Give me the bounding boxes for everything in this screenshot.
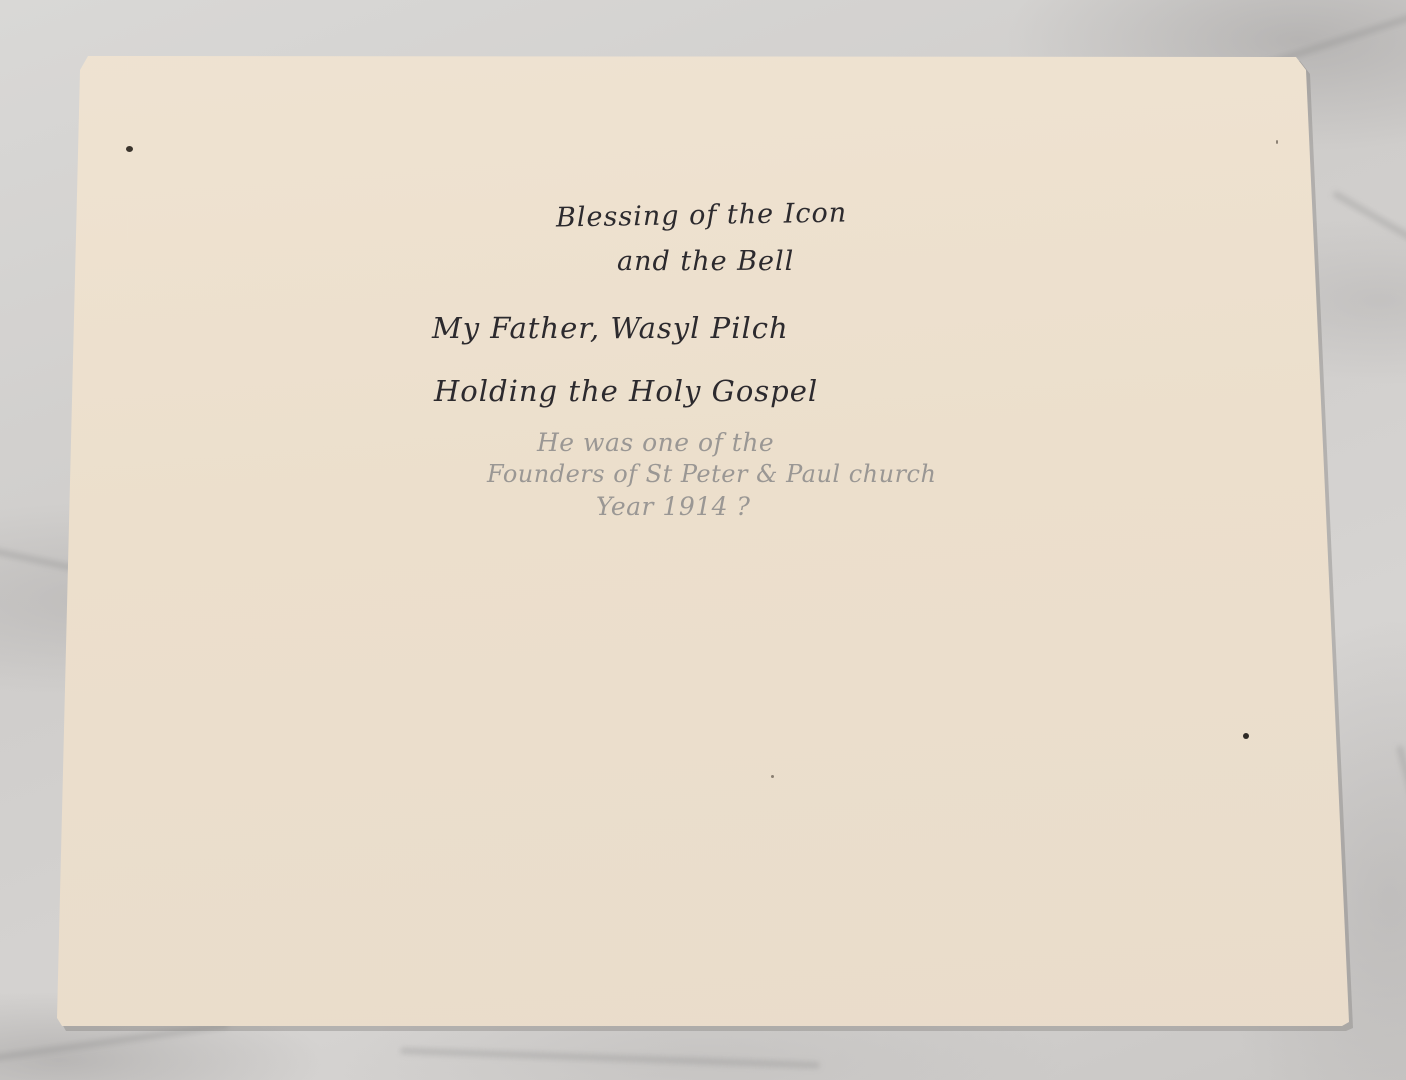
marble-vein bbox=[1396, 745, 1406, 901]
photo-back-paper bbox=[0, 0, 1406, 1080]
speck bbox=[1276, 140, 1278, 144]
speck bbox=[771, 775, 774, 778]
marble-vein bbox=[400, 1048, 820, 1069]
inscription-line-subtitle: and the Bell bbox=[617, 246, 794, 277]
marble-vein bbox=[1332, 190, 1406, 295]
pencil-note-line-3: Year 1914 ? bbox=[596, 492, 750, 521]
inscription-line-title: Blessing of the Icon bbox=[556, 197, 848, 233]
ink-spot bbox=[1243, 733, 1249, 739]
pencil-note-line-2: Founders of St Peter & Paul church bbox=[487, 460, 936, 488]
pencil-note-line-1: He was one of the bbox=[537, 428, 774, 457]
inscription-line-father: My Father, Wasyl Pilch bbox=[432, 311, 789, 345]
inscription-line-gospel: Holding the Holy Gospel bbox=[434, 374, 818, 408]
ink-spot bbox=[126, 146, 133, 152]
